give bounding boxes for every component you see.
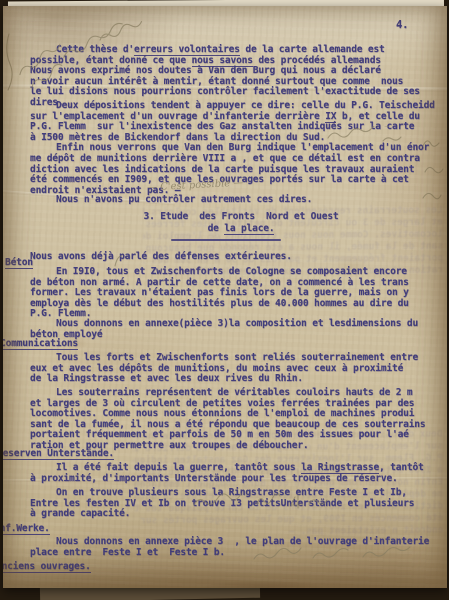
pencil-note-bottom bbox=[251, 546, 427, 566]
photographed-document: Les souterrains représentent de véritabl… bbox=[0, 0, 449, 600]
typewritten-line: béton employé bbox=[30, 330, 440, 341]
typewritten-line: de la Ringstrasse et avec les deux rives… bbox=[30, 374, 440, 385]
typewritten-line: à proximité, d'importants Unterstände po… bbox=[30, 474, 440, 485]
pencil-note-mid-page bbox=[191, 492, 331, 512]
margin-label-beton: Béton bbox=[5, 257, 33, 269]
pencil-caret-mark bbox=[111, 254, 125, 268]
paper-stain bbox=[203, 581, 323, 588]
page-number: 4. bbox=[396, 19, 408, 31]
margin-label-communications: Communications bbox=[3, 338, 78, 350]
paragraph-souterrains-couloirs: Les souterrains représentent de véritabl… bbox=[30, 388, 440, 452]
section-heading: 3. Etude des Fronts Nord et Ouestde la p… bbox=[121, 211, 361, 234]
margin-label-reserven-unterstande: Reserven Unterstände. bbox=[3, 448, 114, 460]
document-page: Les souterrains représentent de véritabl… bbox=[3, 6, 447, 588]
heading-rule bbox=[171, 239, 281, 241]
paragraph-communications-souterraines: Tous les forts et Zwischenforts sont rel… bbox=[30, 353, 440, 385]
typewritten-line: Nous avons déjà parlé des défenses extér… bbox=[30, 252, 440, 263]
paragraph-beton-1910: En I9I0, tous et Zwischenforts de Cologn… bbox=[30, 267, 440, 320]
paragraph-controle: Nous n'avons pu contrôler autrement ces … bbox=[30, 195, 440, 206]
margin-label-inf-werke: Inf.Werke. bbox=[3, 523, 50, 535]
typewritten-line: employa dès le début des hostilités plus… bbox=[30, 299, 440, 310]
paragraph-unterstande-guerre: Il a été fait depuis la guerre, tantôt s… bbox=[30, 463, 440, 484]
pencil-scribble-top-left bbox=[3, 12, 173, 102]
typewritten-line: de la place. bbox=[121, 223, 361, 235]
margin-label-anciens-ouvrages: Anciens ouvrages. bbox=[3, 561, 91, 573]
pencil-marks-right-margin bbox=[421, 136, 447, 208]
typewritten-line: Nous n'avons pu contrôler autrement ces … bbox=[30, 195, 440, 206]
paragraph-annexe-piece3: Nous donnons en annexe(pièce 3)la compos… bbox=[30, 319, 440, 340]
paragraph-defenses-exterieures: Nous avons déjà parlé des défenses extér… bbox=[30, 252, 440, 263]
typewritten-line: 3. Etude des Fronts Nord et Ouest bbox=[121, 211, 361, 223]
